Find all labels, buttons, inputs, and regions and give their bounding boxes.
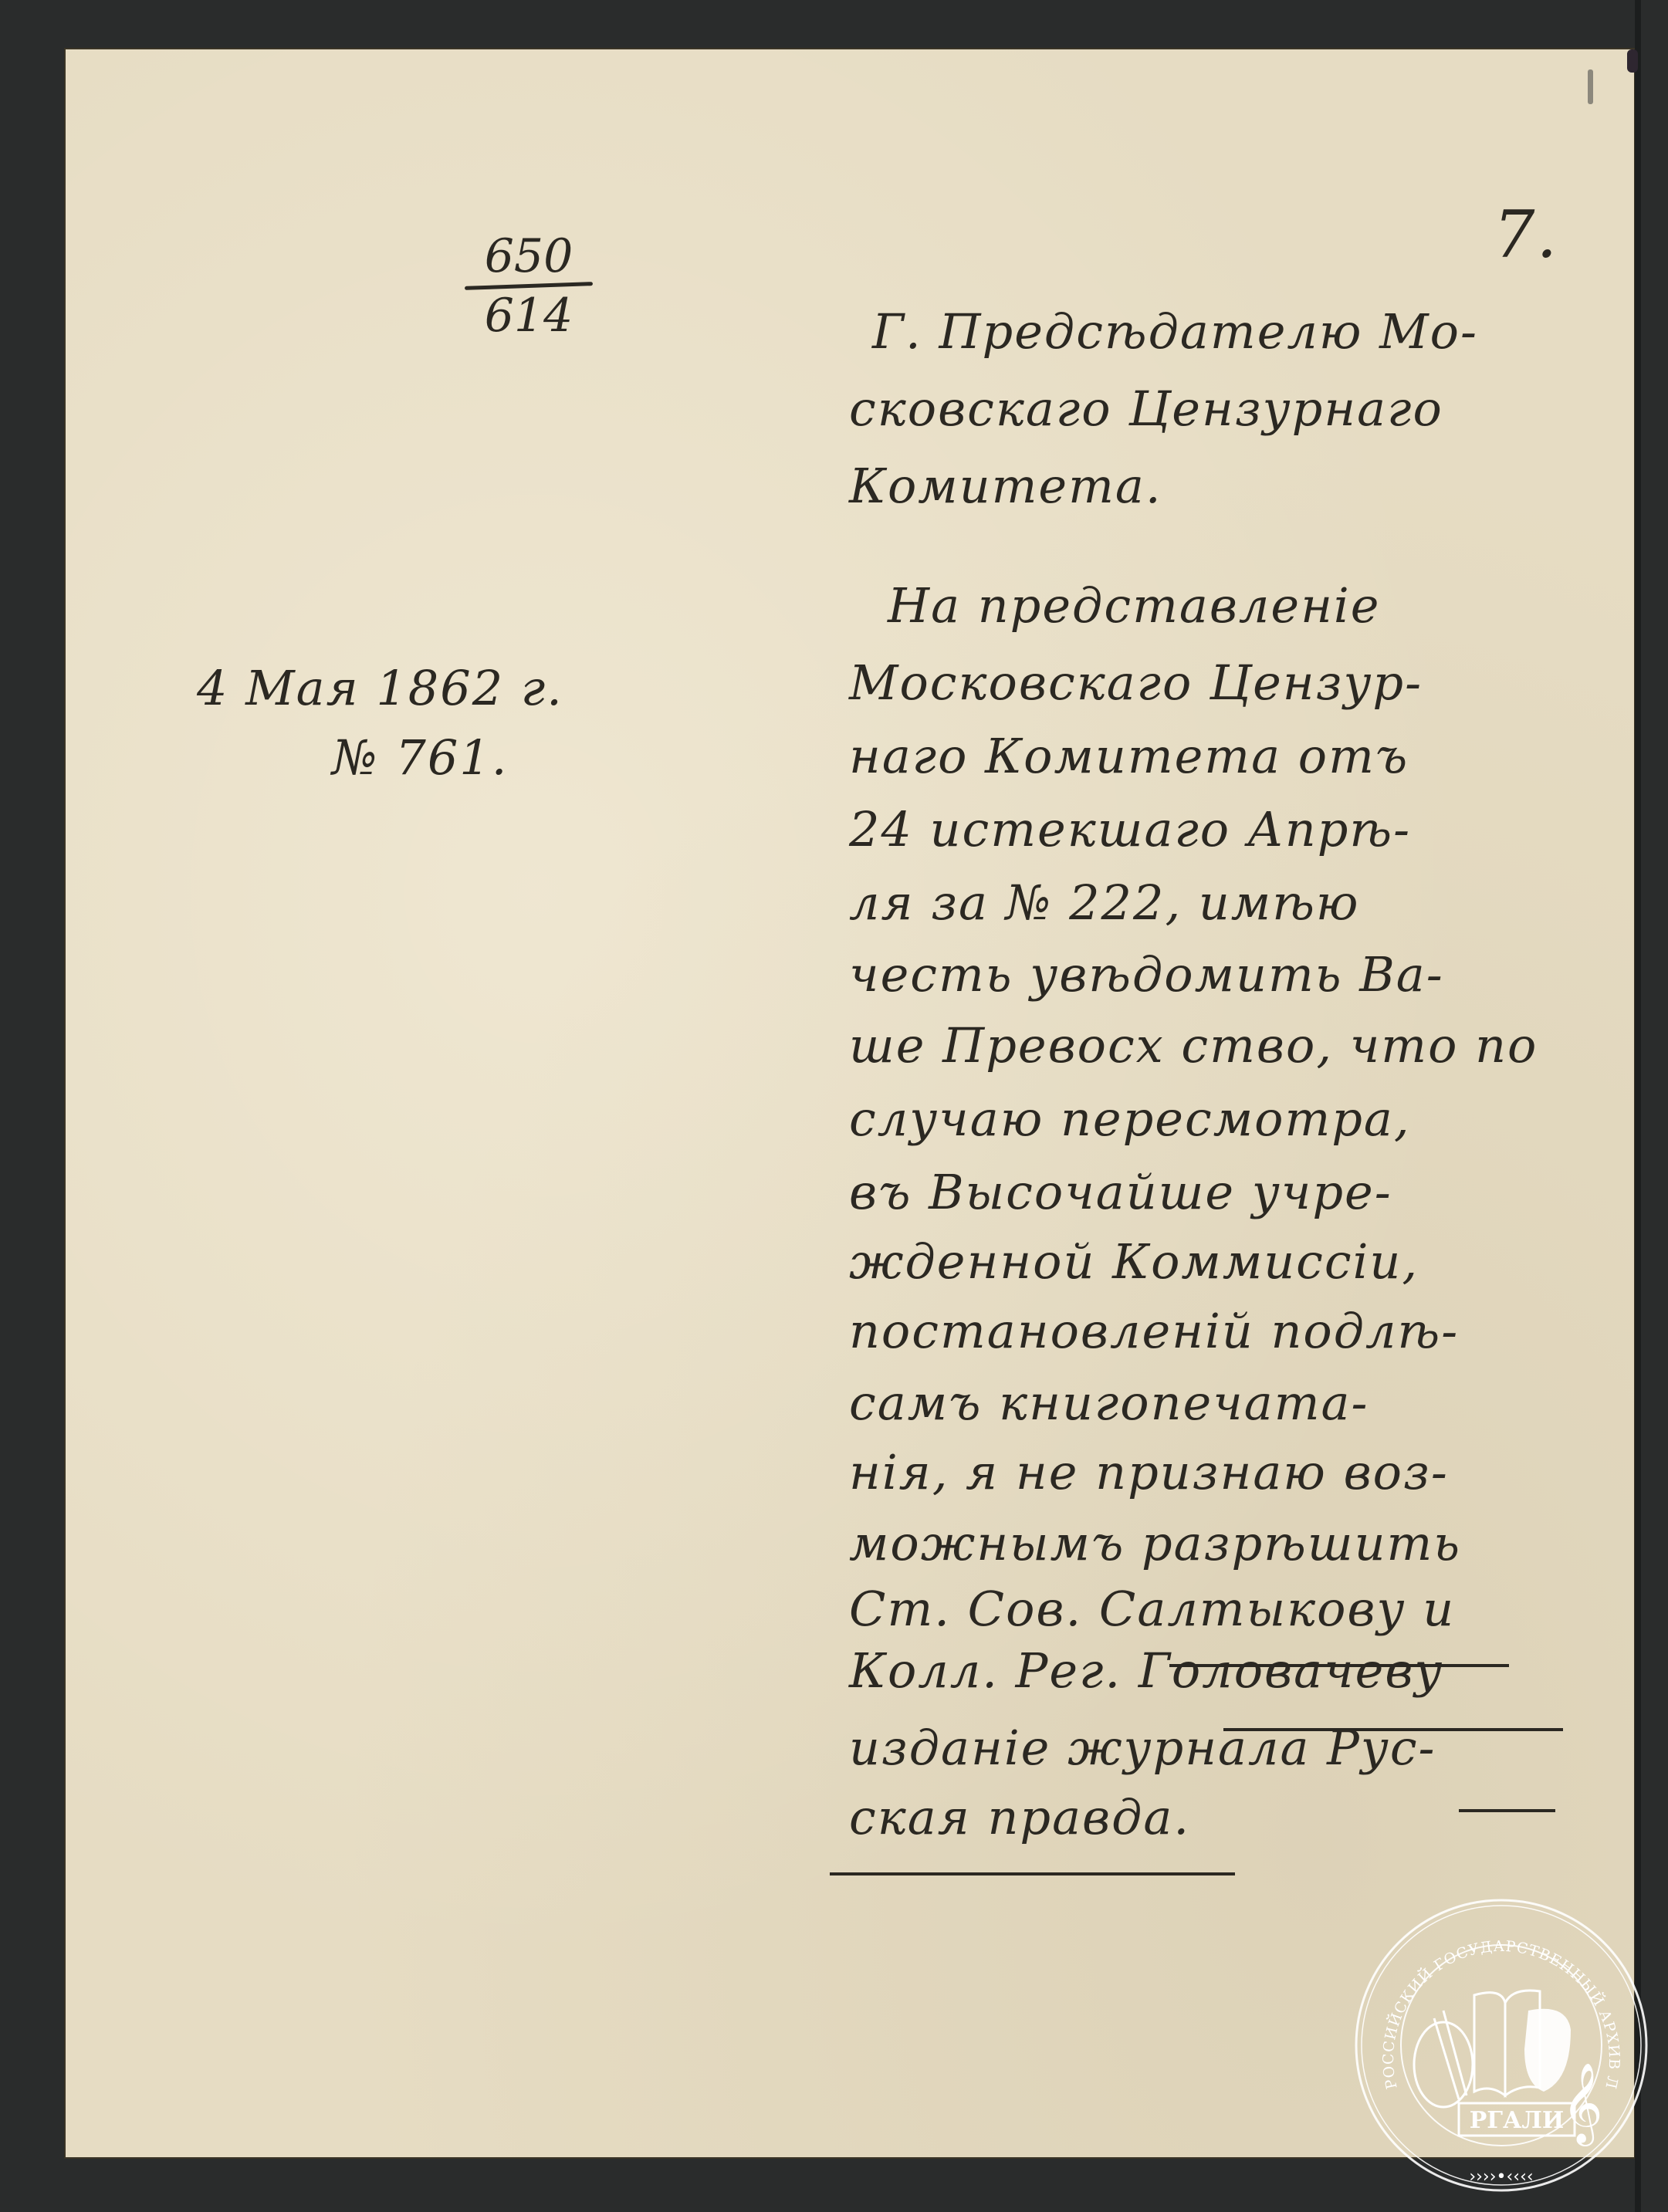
underline-rus — [1459, 1804, 1555, 1812]
address-line: сковскаго Цензурнаго — [849, 382, 1443, 436]
body-line: ская правда. — [849, 1791, 1190, 1845]
body-line-underlined-name: Колл. Рег. Головачеву — [849, 1644, 1443, 1698]
body-line: нія, я не признаю воз- — [849, 1446, 1449, 1500]
body-line: случаю пересмотра, — [849, 1092, 1411, 1146]
body-line: самъ книгопечата- — [849, 1376, 1369, 1430]
folio-number: 7. — [1494, 197, 1558, 272]
pencil-mark — [1588, 69, 1593, 104]
fraction-denominator: 614 — [471, 291, 587, 340]
body-line: постановленій подлѣ- — [849, 1304, 1459, 1358]
archive-fraction: 650 614 — [471, 232, 587, 340]
address-line: Г. Предсѣдателю Мо- — [872, 305, 1478, 359]
svg-text:РГАЛИ: РГАЛИ — [1470, 2107, 1565, 2134]
body-line: 24 истекшаго Апрѣ- — [849, 803, 1411, 857]
outgoing-number: № 761. — [332, 729, 508, 786]
body-line: честь увѣдомить Ва- — [849, 948, 1444, 1002]
body-line: изданіе журнала Рус- — [849, 1721, 1436, 1775]
palette-icon — [1414, 2022, 1473, 2107]
svg-text:𝄞: 𝄞 — [1561, 2062, 1602, 2146]
fraction-numerator: 650 — [471, 232, 587, 281]
body-line: жденной Коммиссіи, — [849, 1235, 1419, 1289]
underline-russkaya-pravda — [830, 1868, 1235, 1875]
body-line: На представленіе — [888, 579, 1380, 633]
body-line: наго Комитета отъ — [849, 729, 1409, 783]
body-line: въ Высочайше учре- — [849, 1165, 1392, 1219]
address-line: Комитета. — [849, 459, 1162, 513]
body-line-text: Колл. Рег. Головачеву — [849, 1642, 1443, 1699]
body-line: Московскаго Цензур- — [849, 656, 1423, 710]
ink-blot — [1627, 49, 1638, 73]
body-line: ше Превосх ство, что по — [849, 1019, 1538, 1073]
body-line: ля за № 222, имѣю — [849, 876, 1359, 930]
svg-text:››››•‹‹‹‹: ››››•‹‹‹‹ — [1469, 2167, 1533, 2187]
rgali-seal-icon: РОССИЙСКИЙ ГОСУДАРСТВЕННЫЙ АРХИВ ЛИТЕРАТ… — [1351, 1895, 1652, 2196]
body-line: можнымъ разрѣшить — [849, 1517, 1461, 1571]
scan-edge — [1635, 0, 1641, 2212]
body-line-underlined-name: Ст. Сов. Салтыкову и — [849, 1582, 1455, 1636]
body-line-text: Ст. Сов. Салтыкову и — [849, 1581, 1455, 1637]
letter-date: 4 Мая 1862 г. — [197, 660, 563, 716]
